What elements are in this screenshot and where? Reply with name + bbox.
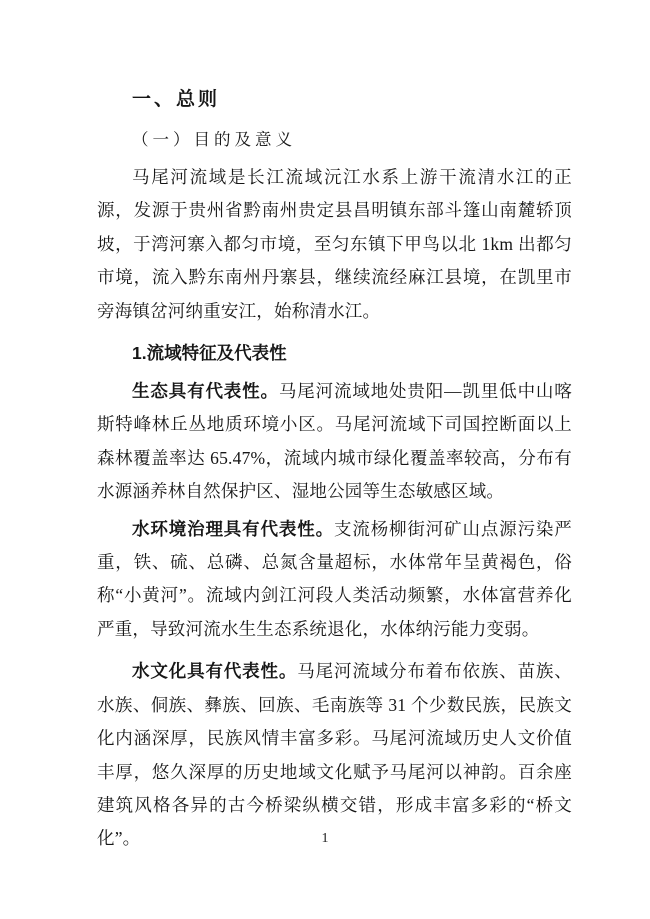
paragraph-water-culture: 水文化具有代表性。马尾河流域分布着布依族、苗族、水族、侗族、彝族、回族、毛南族等…: [97, 655, 572, 855]
paragraph-water-culture-lead: 水文化具有代表性。: [132, 661, 297, 681]
paragraph-water-environment-lead: 水环境治理具有代表性。: [132, 519, 334, 539]
section-heading: 1.流域特征及代表性: [132, 341, 572, 365]
paragraph-water-culture-text: 马尾河流域分布着布依族、苗族、水族、侗族、彝族、回族、毛南族等 31 个少数民族…: [97, 661, 572, 848]
paragraph-intro: 马尾河流域是长江流域沅江水系上游干流清水江的正源，发源于贵州省黔南州贵定县昌明镇…: [97, 161, 572, 328]
page-number: 1: [0, 831, 650, 847]
doc-title: 一、总则: [132, 88, 572, 112]
paragraph-ecology: 生态具有代表性。马尾河流域地处贵阳—凯里低中山喀斯特峰林丘丛地质环境小区。马尾河…: [97, 375, 572, 509]
paragraph-water-environment: 水环境治理具有代表性。支流杨柳街河矿山点源污染严重，铁、硫、总磷、总氮含量超标，…: [97, 513, 572, 647]
paragraph-ecology-lead: 生态具有代表性。: [132, 381, 279, 401]
document-page: 一、总则 （一）目的及意义 马尾河流域是长江流域沅江水系上游干流清水江的正源，发…: [0, 0, 650, 919]
doc-subheading: （一）目的及意义: [132, 129, 572, 151]
